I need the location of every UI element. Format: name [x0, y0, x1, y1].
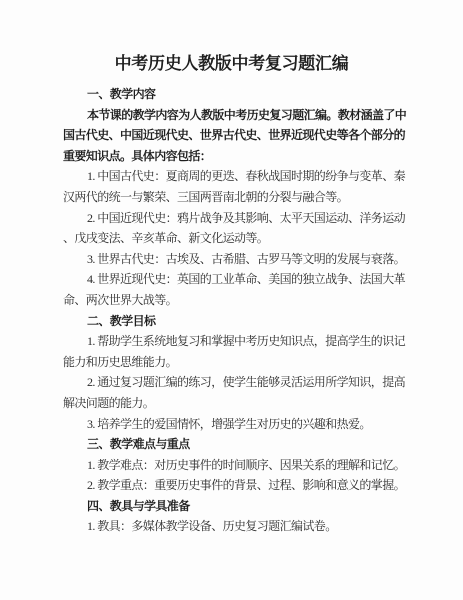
- goal-item-2: 2. 通过复习题汇编的练习，使学生能够灵活运用所学知识，提高 解决问题的能力。: [63, 372, 415, 413]
- document-page: 中考历史人教版中考复习题汇编 一、教学内容 本节课的教学内容为人教版中考历史复习…: [0, 0, 463, 600]
- intro-paragraph: 本节课的教学内容为人教版中考历史复习题汇编。教材涵盖了中 国古代史、中国近现代史…: [63, 105, 415, 167]
- goal-item-3: 3. 培养学生的爱国情怀，增强学生对历史的兴趣和热爱。: [63, 414, 415, 435]
- equipment-item: 1. 教具：多媒体教学设备、历史复习题汇编试卷。: [63, 516, 415, 537]
- section-heading-teaching-goals: 二、教学目标: [63, 311, 415, 332]
- list-item-ancient-china: 1. 中国古代史：夏商周的更迭、春秋战国时期的纷争与变革、秦 汉两代的统一与繁荣…: [63, 166, 415, 207]
- section-heading-difficulties: 三、教学难点与重点: [63, 434, 415, 455]
- list-item-modern-china: 2. 中国近现代史：鸦片战争及其影响、太平天国运动、洋务运动 、戊戌变法、辛亥革…: [63, 208, 415, 249]
- document-title: 中考历史人教版中考复习题汇编: [0, 51, 463, 77]
- section-heading-equipment: 四、教具与学具准备: [63, 496, 415, 517]
- focus-item: 2. 教学重点：重要历史事件的背景、过程、影响和意义的掌握。: [63, 475, 415, 496]
- goal-item-1: 1. 帮助学生系统地复习和掌握中考历史知识点，提高学生的识记 能力和历史思维能力…: [63, 331, 415, 372]
- section-heading-teaching-content: 一、教学内容: [63, 84, 415, 105]
- document-body: 一、教学内容 本节课的教学内容为人教版中考历史复习题汇编。教材涵盖了中 国古代史…: [63, 84, 415, 537]
- difficulty-item: 1. 教学难点：对历史事件的时间顺序、因果关系的理解和记忆。: [63, 455, 415, 476]
- list-item-modern-world: 4. 世界近现代史：英国的工业革命、美国的独立战争、法国大革 命、两次世界大战等…: [63, 269, 415, 310]
- list-item-ancient-world: 3. 世界古代史：古埃及、古希腊、古罗马等文明的发展与衰落。: [63, 249, 415, 270]
